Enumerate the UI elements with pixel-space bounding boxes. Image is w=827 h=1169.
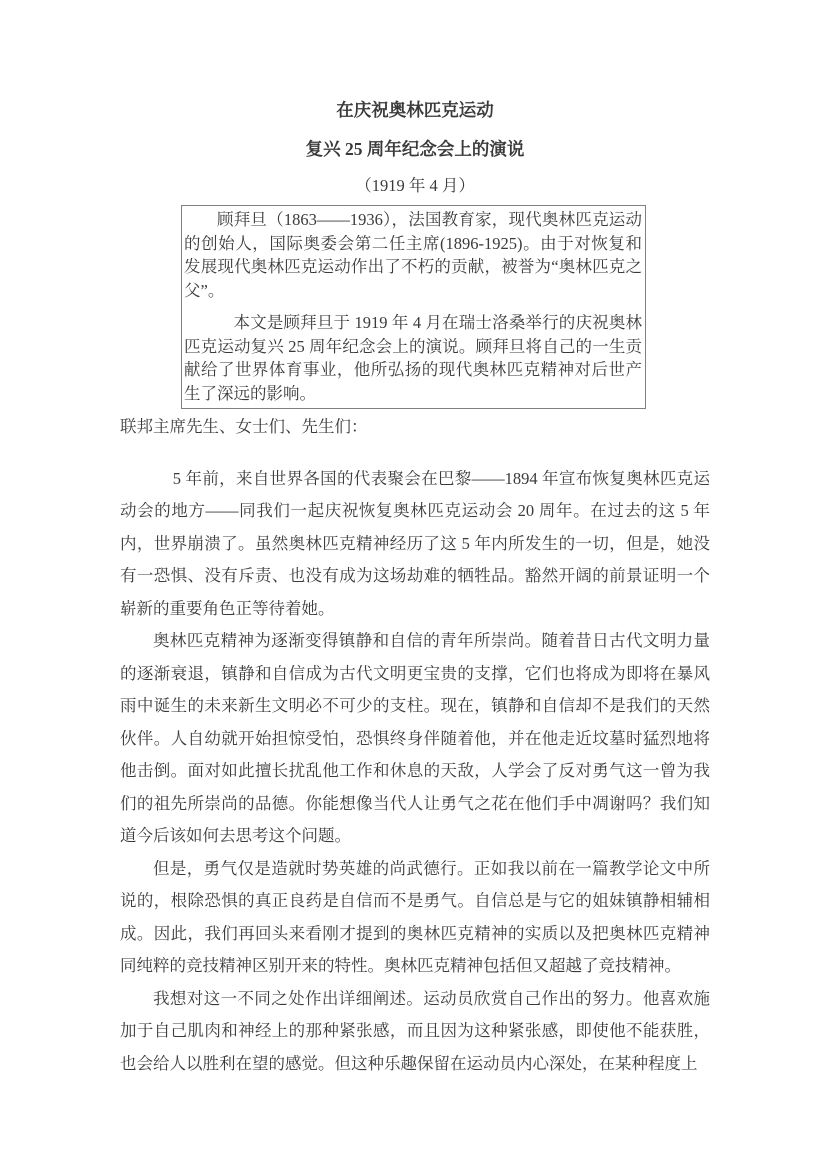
document-page: 在庆祝奥林匹克运动 复兴 25 周年纪念会上的演说 （1919 年 4 月） 顾…: [0, 0, 827, 1169]
body-paragraph-4: 我想对这一不同之处作出详细阐述。运动员欣赏自己作出的努力。他喜欢施加于自己肌肉和…: [120, 983, 710, 1081]
author-bio-paragraph: 顾拜旦（1863——1936），法国教育家，现代奥林匹克运动的创始人，国际奥委会…: [184, 208, 642, 302]
body-paragraph-2: 奥林匹克精神为逐渐变得镇静和自信的青年所崇尚。随着昔日古代文明力量的逐渐衰退，镇…: [120, 625, 710, 853]
document-content: 在庆祝奥林匹克运动 复兴 25 周年纪念会上的演说 （1919 年 4 月） 顾…: [0, 0, 827, 1080]
speech-date: （1919 年 4 月）: [120, 176, 710, 196]
body-paragraph-1: 5 年前，来自世界各国的代表聚会在巴黎——1894 年宣布恢复奥林匹克运动会的地…: [120, 463, 710, 626]
author-info-box: 顾拜旦（1863——1936），法国教育家，现代奥林匹克运动的创始人，国际奥委会…: [181, 205, 646, 409]
body-paragraph-3: 但是，勇气仅是造就时势英雄的尚武德行。正如我以前在一篇教学论文中所说的，根除恐惧…: [120, 853, 710, 983]
speech-context-paragraph: 本文是顾拜旦于 1919 年 4 月在瑞士洛桑举行的庆祝奥林匹克运动复兴 25 …: [184, 311, 642, 405]
page-title-line-1: 在庆祝奥林匹克运动: [120, 100, 710, 120]
salutation-line: 联邦主席先生、女士们、先生们：: [120, 411, 710, 444]
page-title-line-2: 复兴 25 周年纪念会上的演说: [120, 139, 710, 159]
